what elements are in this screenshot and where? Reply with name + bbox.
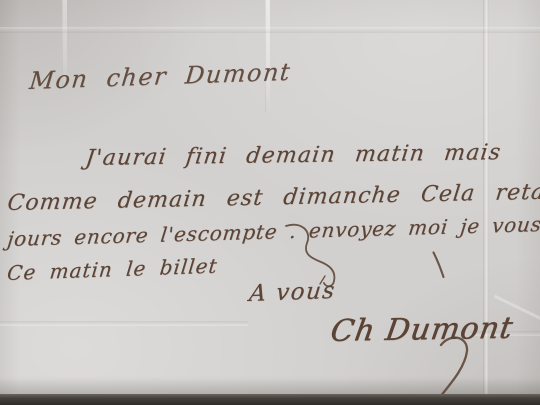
background-table-edge: [0, 394, 540, 405]
fold-crease-horizontal-top: [0, 27, 540, 33]
signature: Ch Dumont: [328, 311, 516, 349]
paper-bottom-shadow: [0, 378, 540, 395]
letter-photograph: Mon cher Dumont J'aurai fini demain mati…: [0, 0, 540, 405]
fold-crease-vertical-center-top: [265, 0, 270, 112]
fold-crease-horizontal-left: [0, 321, 248, 326]
closing: A vous: [248, 278, 337, 307]
